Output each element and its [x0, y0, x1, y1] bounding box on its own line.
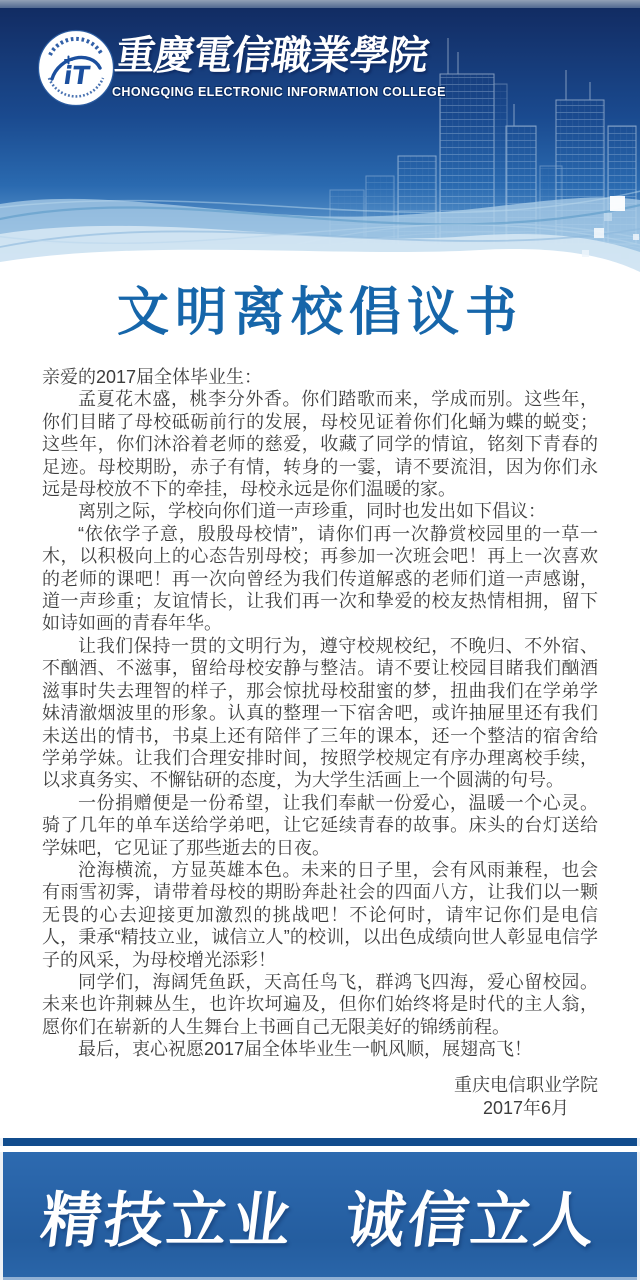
- college-name-chinese: 重慶電信職業學院: [112, 24, 540, 81]
- college-seal-icon: iT: [37, 29, 115, 107]
- letter-paragraph: 让我们保持一贯的文明行为，遵守校规校纪，不晚归、不外宿、不酗酒、不滋事，留给母校…: [42, 635, 598, 792]
- letter-paragraph: 沧海横流，方显英雄本色。未来的日子里，会有风雨兼程，也会有雨雪初霁，请带着母校的…: [42, 859, 598, 971]
- signature-block: 重庆电信职业学院 2017年6月: [42, 1074, 598, 1120]
- letter-body: 亲爱的2017届全体毕业生： 孟夏花木盛，桃李分外香。你们踏歌而来，学成而别。这…: [42, 366, 598, 1120]
- college-name-english: CHONGQING ELECTRONIC INFORMATION COLLEGE: [112, 85, 532, 99]
- college-name-block: 重慶電信職業學院 CHONGQING ELECTRONIC INFORMATIO…: [112, 24, 532, 99]
- photo-top-edge: [0, 0, 640, 8]
- school-motto: 精技立业诚信立人: [42, 1173, 598, 1259]
- letter-paragraph: 一份捐赠便是一份希望，让我们奉献一份爱心，温暖一个心灵。骑了几年的单车送给学弟吧…: [42, 792, 598, 859]
- letter-paragraph: 离别之际，学校向你们道一声珍重，同时也发出如下倡议：: [42, 500, 598, 522]
- letter-paragraph: 最后，衷心祝愿2017届全体毕业生一帆风顺，展翅高飞！: [42, 1038, 598, 1060]
- divider-stripe: [0, 1138, 640, 1146]
- motto-part-2: 诚信立人: [341, 1173, 604, 1259]
- salutation: 亲爱的2017届全体毕业生：: [42, 366, 598, 388]
- svg-text:iT: iT: [62, 61, 92, 90]
- poster: iT 重慶電信職業學院 CHONGQING ELECTRONIC INFORMA…: [0, 0, 640, 1280]
- signature-date: 2017年6月: [454, 1097, 598, 1120]
- motto-part-1: 精技立业: [37, 1173, 300, 1259]
- footer-banner: 精技立业诚信立人: [0, 1152, 640, 1280]
- letter-paragraph: “依依学子意，殷殷母校情”，请你们再一次静赏校园里的一草一木，以积极向上的心态告…: [42, 523, 598, 635]
- letter-paragraph: 孟夏花木盛，桃李分外香。你们踏歌而来，学成而别。这些年，你们目睹了母校砥砺前行的…: [42, 388, 598, 500]
- letter-paragraph: 同学们，海阔凭鱼跃，天高任鸟飞，群鸿飞四海，爱心留校园。未来也许荆棘丛生，也许坎…: [42, 971, 598, 1038]
- signature-name: 重庆电信职业学院: [454, 1074, 598, 1097]
- header-banner: iT 重慶電信職業學院 CHONGQING ELECTRONIC INFORMA…: [0, 8, 640, 294]
- page-title: 文明离校倡议书: [0, 283, 640, 343]
